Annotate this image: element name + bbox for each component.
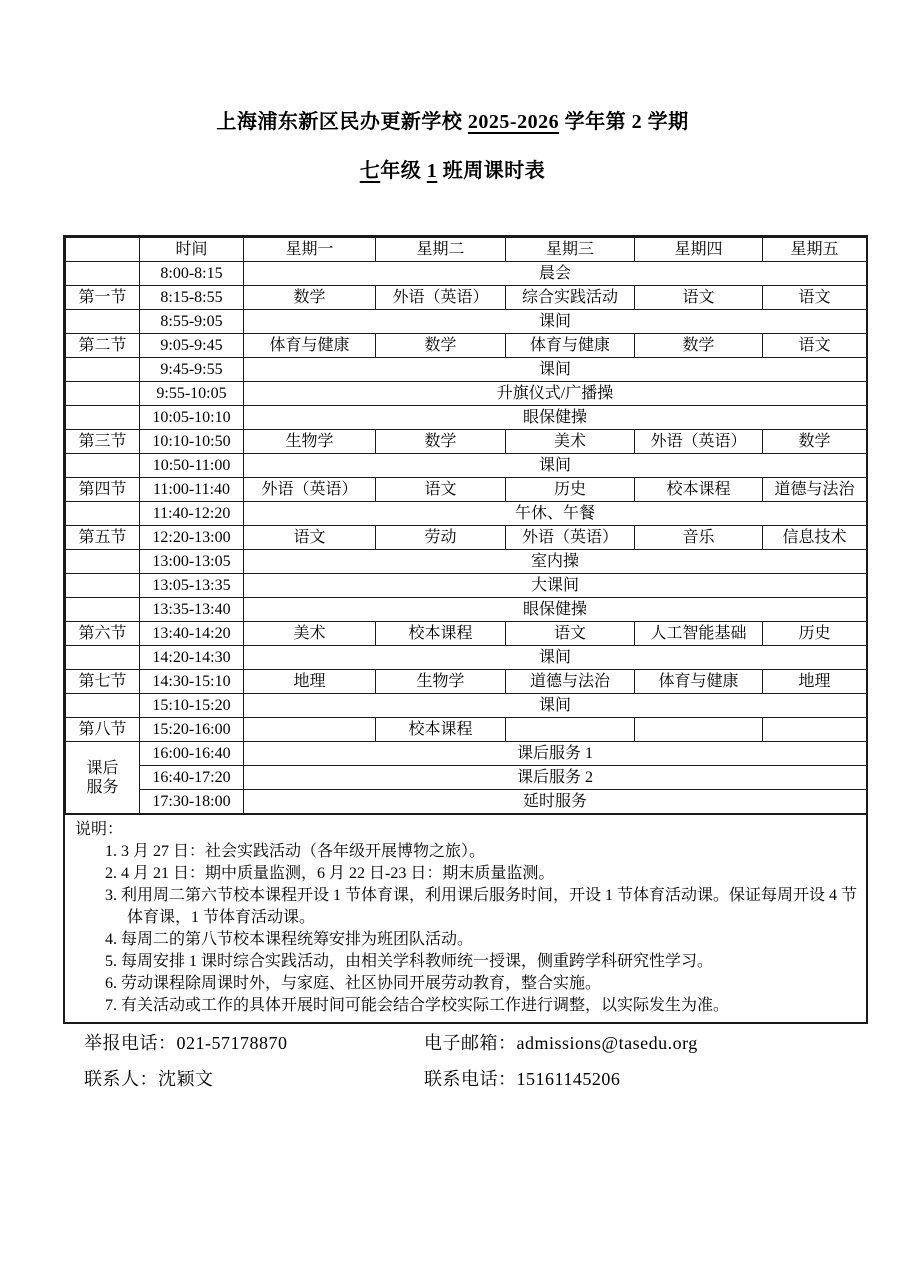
document-subtitle: 七年级 1 班周课时表 <box>0 158 905 185</box>
span-activity-cell: 眼保健操 <box>244 598 867 622</box>
time-cell: 15:20-16:00 <box>140 718 244 742</box>
period-cell: 第五节 <box>66 526 140 550</box>
note-item: 4. 每周二的第八节校本课程统筹安排为班团队活动。 <box>73 929 858 951</box>
span-activity-cell: 延时服务 <box>244 790 867 814</box>
subject-cell: 体育与健康 <box>244 334 376 358</box>
subject-cell: 历史 <box>763 622 867 646</box>
subject-cell: 美术 <box>244 622 376 646</box>
subject-cell: 综合实践活动 <box>506 286 635 310</box>
timetable-frame: 时间星期一星期二星期三星期四星期五 8:00-8:15晨会第一节8:15-8:5… <box>63 235 868 1024</box>
subject-cell <box>244 718 376 742</box>
contact-phone: 联系电话：15161145206 <box>424 1069 844 1090</box>
timetable-row: 第三节10:10-10:50生物学数学美术外语（英语）数学 <box>66 430 867 454</box>
timetable-row: 11:40-12:20午休、午餐 <box>66 502 867 526</box>
period-cell <box>66 694 140 718</box>
time-cell: 14:20-14:30 <box>140 646 244 670</box>
timetable-row: 8:55-9:05课间 <box>66 310 867 334</box>
subject-cell: 语文 <box>376 478 506 502</box>
time-cell: 16:00-16:40 <box>140 742 244 766</box>
contact-person: 联系人：沈颖文 <box>84 1069 424 1090</box>
span-activity-cell: 室内操 <box>244 550 867 574</box>
span-activity-cell: 午休、午餐 <box>244 502 867 526</box>
timetable-row: 13:05-13:35大课间 <box>66 574 867 598</box>
subject-cell: 地理 <box>763 670 867 694</box>
note-number: 4. <box>105 931 117 948</box>
subject-cell: 外语（英语） <box>376 286 506 310</box>
period-cell: 第二节 <box>66 334 140 358</box>
notes-section: 说明： 1. 3 月 27 日：社会实践活动（各年级开展博物之旅）。2. 4 月… <box>65 814 866 1022</box>
subject-cell: 语文 <box>244 526 376 550</box>
span-activity-cell: 课间 <box>244 310 867 334</box>
period-cell: 第四节 <box>66 478 140 502</box>
time-cell: 10:50-11:00 <box>140 454 244 478</box>
timetable-row: 第五节12:20-13:00语文劳动外语（英语）音乐信息技术 <box>66 526 867 550</box>
period-cell: 第八节 <box>66 718 140 742</box>
time-cell: 8:00-8:15 <box>140 262 244 286</box>
period-cell <box>66 382 140 406</box>
time-cell: 14:30-15:10 <box>140 670 244 694</box>
timetable-row: 14:20-14:30课间 <box>66 646 867 670</box>
span-activity-cell: 眼保健操 <box>244 406 867 430</box>
period-cell: 第六节 <box>66 622 140 646</box>
timetable: 时间星期一星期二星期三星期四星期五 8:00-8:15晨会第一节8:15-8:5… <box>65 237 867 814</box>
document-title: 上海浦东新区民办更新学校 2025-2026 学年第 2 学期 <box>0 0 905 136</box>
time-cell: 15:10-15:20 <box>140 694 244 718</box>
period-cell <box>66 574 140 598</box>
time-cell: 9:55-10:05 <box>140 382 244 406</box>
span-activity-cell: 课间 <box>244 694 867 718</box>
time-cell: 10:10-10:50 <box>140 430 244 454</box>
document-page: 上海浦东新区民办更新学校 2025-2026 学年第 2 学期 七年级 1 班周… <box>0 0 905 1280</box>
subject-cell: 音乐 <box>635 526 763 550</box>
subject-cell: 数学 <box>244 286 376 310</box>
note-number: 5. <box>105 953 117 970</box>
timetable-row: 第七节14:30-15:10地理生物学道德与法治体育与健康地理 <box>66 670 867 694</box>
timetable-row: 第一节8:15-8:55数学外语（英语）综合实践活动语文语文 <box>66 286 867 310</box>
timetable-row: 17:30-18:00延时服务 <box>66 790 867 814</box>
note-number: 6. <box>105 975 117 992</box>
period-cell <box>66 454 140 478</box>
subject-cell: 美术 <box>506 430 635 454</box>
timetable-row: 第八节15:20-16:00校本课程 <box>66 718 867 742</box>
subject-cell: 生物学 <box>244 430 376 454</box>
subject-cell: 外语（英语） <box>506 526 635 550</box>
notes-label: 说明： <box>73 819 858 841</box>
time-cell: 16:40-17:20 <box>140 766 244 790</box>
subject-cell: 生物学 <box>376 670 506 694</box>
period-cell: 第七节 <box>66 670 140 694</box>
time-cell: 11:00-11:40 <box>140 478 244 502</box>
contact-report-phone: 举报电话：021-57178870 <box>84 1033 424 1054</box>
subject-cell: 信息技术 <box>763 526 867 550</box>
note-item: 7. 有关活动或工作的具体开展时间可能会结合学校实际工作进行调整，以实际发生为准… <box>73 995 858 1017</box>
subject-cell <box>506 718 635 742</box>
time-cell: 12:20-13:00 <box>140 526 244 550</box>
span-activity-cell: 课间 <box>244 454 867 478</box>
subject-cell: 数学 <box>376 334 506 358</box>
time-cell: 9:05-9:45 <box>140 334 244 358</box>
subtitle-grade-underlined: 七 <box>360 160 381 182</box>
title-prefix: 上海浦东新区民办更新学校 <box>216 111 468 133</box>
time-cell: 13:00-13:05 <box>140 550 244 574</box>
column-header <box>66 238 140 262</box>
span-activity-cell: 课后服务 2 <box>244 766 867 790</box>
timetable-row: 13:35-13:40眼保健操 <box>66 598 867 622</box>
timetable-row: 第四节11:00-11:40外语（英语）语文历史校本课程道德与法治 <box>66 478 867 502</box>
note-item: 5. 每周安排 1 课时综合实践活动，由相关学科教师统一授课，侧重跨学科研究性学… <box>73 951 858 973</box>
time-cell: 17:30-18:00 <box>140 790 244 814</box>
timetable-row: 课后服务16:00-16:40课后服务 1 <box>66 742 867 766</box>
subject-cell: 体育与健康 <box>635 670 763 694</box>
subject-cell: 历史 <box>506 478 635 502</box>
timetable-row: 9:55-10:05升旗仪式/广播操 <box>66 382 867 406</box>
time-cell: 10:05-10:10 <box>140 406 244 430</box>
timetable-row: 第六节13:40-14:20美术校本课程语文人工智能基础历史 <box>66 622 867 646</box>
timetable-row: 15:10-15:20课间 <box>66 694 867 718</box>
note-item: 3. 利用周二第六节校本课程开设 1 节体育课，利用课后服务时间，开设 1 节体… <box>73 885 858 929</box>
note-number: 3. <box>105 887 117 904</box>
note-number: 7. <box>105 997 117 1014</box>
subject-cell: 校本课程 <box>376 622 506 646</box>
subject-cell: 体育与健康 <box>506 334 635 358</box>
subtitle-class-underlined: 1 <box>427 160 438 182</box>
note-number: 1. <box>105 843 117 860</box>
span-activity-cell: 课间 <box>244 646 867 670</box>
period-cell <box>66 502 140 526</box>
period-cell <box>66 358 140 382</box>
period-cell <box>66 406 140 430</box>
timetable-row: 8:00-8:15晨会 <box>66 262 867 286</box>
notes-list: 1. 3 月 27 日：社会实践活动（各年级开展博物之旅）。2. 4 月 21 … <box>73 841 858 1017</box>
period-cell <box>66 646 140 670</box>
column-header: 星期一 <box>244 238 376 262</box>
timetable-row: 10:05-10:10眼保健操 <box>66 406 867 430</box>
title-school-year-underlined: 2025-2026 <box>468 111 559 133</box>
column-header: 星期三 <box>506 238 635 262</box>
title-suffix: 学年第 2 学期 <box>559 111 689 133</box>
period-cell: 第三节 <box>66 430 140 454</box>
timetable-row: 16:40-17:20课后服务 2 <box>66 766 867 790</box>
subject-cell: 人工智能基础 <box>635 622 763 646</box>
note-item: 6. 劳动课程除周课时外，与家庭、社区协同开展劳动教育，整合实施。 <box>73 973 858 995</box>
subject-cell: 道德与法治 <box>763 478 867 502</box>
time-cell: 11:40-12:20 <box>140 502 244 526</box>
period-cell: 课后服务 <box>66 742 140 814</box>
period-cell <box>66 598 140 622</box>
span-activity-cell: 课后服务 1 <box>244 742 867 766</box>
note-item: 2. 4 月 21 日：期中质量监测，6 月 22 日-23 日：期末质量监测。 <box>73 863 858 885</box>
subject-cell: 数学 <box>376 430 506 454</box>
subject-cell: 数学 <box>635 334 763 358</box>
column-header: 星期五 <box>763 238 867 262</box>
subject-cell: 地理 <box>244 670 376 694</box>
subject-cell: 语文 <box>763 286 867 310</box>
subtitle-rest: 班周课时表 <box>437 160 545 182</box>
subject-cell: 道德与法治 <box>506 670 635 694</box>
subject-cell: 外语（英语） <box>635 430 763 454</box>
timetable-header-row: 时间星期一星期二星期三星期四星期五 <box>66 238 867 262</box>
column-header: 时间 <box>140 238 244 262</box>
timetable-row: 10:50-11:00课间 <box>66 454 867 478</box>
span-activity-cell: 升旗仪式/广播操 <box>244 382 867 406</box>
time-cell: 8:55-9:05 <box>140 310 244 334</box>
subject-cell: 校本课程 <box>376 718 506 742</box>
contact-block: 举报电话：021-57178870 电子邮箱：admissions@tasedu… <box>84 1033 844 1090</box>
subject-cell <box>635 718 763 742</box>
span-activity-cell: 晨会 <box>244 262 867 286</box>
subject-cell: 语文 <box>635 286 763 310</box>
contact-email: 电子邮箱：admissions@tasedu.org <box>424 1033 844 1054</box>
subject-cell: 校本课程 <box>635 478 763 502</box>
span-activity-cell: 大课间 <box>244 574 867 598</box>
time-cell: 13:35-13:40 <box>140 598 244 622</box>
subtitle-middle: 年级 <box>380 160 427 182</box>
timetable-row: 第二节9:05-9:45体育与健康数学体育与健康数学语文 <box>66 334 867 358</box>
column-header: 星期四 <box>635 238 763 262</box>
period-cell <box>66 262 140 286</box>
timetable-row: 9:45-9:55课间 <box>66 358 867 382</box>
subject-cell <box>763 718 867 742</box>
time-cell: 8:15-8:55 <box>140 286 244 310</box>
subject-cell: 语文 <box>763 334 867 358</box>
period-cell <box>66 310 140 334</box>
subject-cell: 劳动 <box>376 526 506 550</box>
time-cell: 13:05-13:35 <box>140 574 244 598</box>
subject-cell: 数学 <box>763 430 867 454</box>
note-number: 2. <box>105 865 117 882</box>
time-cell: 13:40-14:20 <box>140 622 244 646</box>
note-item: 1. 3 月 27 日：社会实践活动（各年级开展博物之旅）。 <box>73 841 858 863</box>
column-header: 星期二 <box>376 238 506 262</box>
period-cell <box>66 550 140 574</box>
timetable-row: 13:00-13:05室内操 <box>66 550 867 574</box>
span-activity-cell: 课间 <box>244 358 867 382</box>
period-cell: 第一节 <box>66 286 140 310</box>
subject-cell: 语文 <box>506 622 635 646</box>
subject-cell: 外语（英语） <box>244 478 376 502</box>
time-cell: 9:45-9:55 <box>140 358 244 382</box>
